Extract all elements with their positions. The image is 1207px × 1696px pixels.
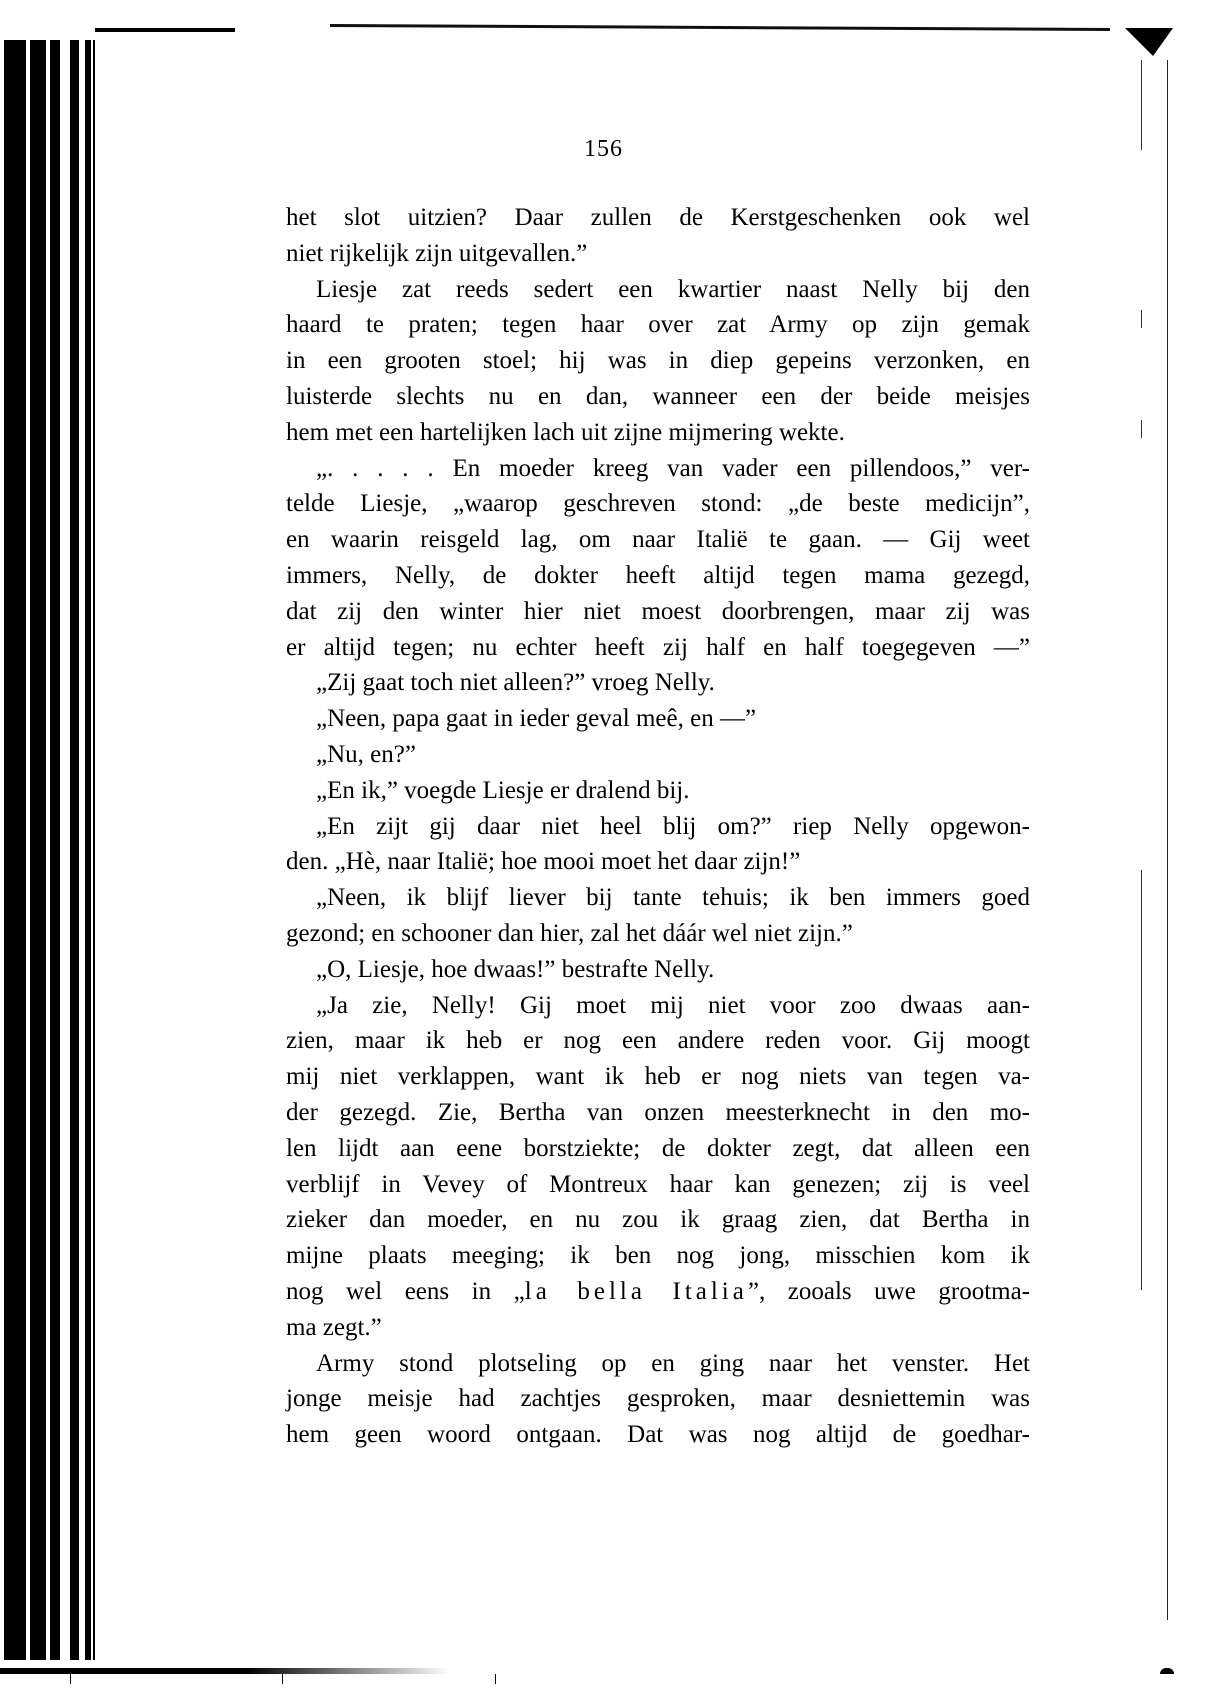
page-corner-bottom-right	[1160, 1668, 1174, 1674]
page-edge-mark	[1141, 420, 1142, 438]
text-line: haard te praten; tegen haar over zat Arm…	[286, 307, 1030, 343]
text-line: immers, Nelly, de dokter heeft altijd te…	[286, 558, 1030, 594]
text-line: ma zegt.”	[286, 1310, 1030, 1346]
page-corner-top-right	[1125, 28, 1173, 56]
body-text: het slot uitzien? Daar zullen de Kerstge…	[286, 200, 1030, 1453]
text-line: mijne plaats meeging; ik ben nog jong, m…	[286, 1238, 1030, 1274]
page-number: 156	[0, 136, 1207, 163]
text-line: telde Liesje, „waarop geschreven stond: …	[286, 486, 1030, 522]
page-edge-mark	[282, 1674, 283, 1684]
text-line: len lijdt aan eene borstziekte; de dokte…	[286, 1131, 1030, 1167]
text-line: jonge meisje had zachtjes gesproken, maa…	[286, 1381, 1030, 1417]
text-line: hem met een hartelijken lach uit zijne m…	[286, 415, 1030, 451]
page-edge-mark	[1141, 310, 1142, 328]
text-line: „Ja zie, Nelly! Gij moet mij niet voor z…	[286, 988, 1030, 1024]
text-line: „En ik,” voegde Liesje er dralend bij.	[286, 773, 1030, 809]
text-line: „Nu, en?”	[286, 737, 1030, 773]
text-line: Army stond plotseling op en ging naar he…	[286, 1346, 1030, 1382]
text-line: in een grooten stoel; hij was in diep ge…	[286, 343, 1030, 379]
text-line: gezond; en schooner dan hier, zal het dá…	[286, 916, 1030, 952]
text-line: het slot uitzien? Daar zullen de Kerstge…	[286, 200, 1030, 236]
text-line: niet rijkelijk zijn uitgevallen.”	[286, 236, 1030, 272]
text-line: „Zij gaat toch niet alleen?” vroeg Nelly…	[286, 665, 1030, 701]
text-line: nog wel eens in „la bella Italia”, zooal…	[286, 1274, 1030, 1310]
text-line: Liesje zat reeds sedert een kwartier naa…	[286, 272, 1030, 308]
text-line: en waarin reisgeld lag, om naar Italië t…	[286, 522, 1030, 558]
text-line: dat zij den winter hier niet moest doorb…	[286, 594, 1030, 630]
page-bottom-edge	[0, 1668, 450, 1674]
text-line: zieker dan moeder, en nu zou ik graag zi…	[286, 1202, 1030, 1238]
page-edge-mark	[495, 1674, 496, 1684]
text-line: hem geen woord ontgaan. Dat was nog alti…	[286, 1417, 1030, 1453]
text-line: luisterde slechts nu en dan, wanneer een…	[286, 379, 1030, 415]
text-line: er altijd tegen; nu echter heeft zij hal…	[286, 630, 1030, 666]
page-edge-mark	[1141, 870, 1142, 1290]
text-line: „En zijt gij daar niet heel blij om?” ri…	[286, 809, 1030, 845]
scanned-book-page: 156 het slot uitzien? Daar zullen de Ker…	[0, 0, 1207, 1696]
text-line: verblijf in Vevey of Montreux haar kan g…	[286, 1167, 1030, 1203]
text-line: „O, Liesje, hoe dwaas!” bestrafte Nelly.	[286, 952, 1030, 988]
page-edge-mark	[70, 1674, 71, 1684]
text-line: der gezegd. Zie, Bertha van onzen meeste…	[286, 1095, 1030, 1131]
text-line: zien, maar ik heb er nog een andere rede…	[286, 1023, 1030, 1059]
text-line: „. . . . . En moeder kreeg van vader een…	[286, 451, 1030, 487]
text-line: „Neen, papa gaat in ieder geval meê, en …	[286, 701, 1030, 737]
text-line: „Neen, ik blijf liever bij tante tehuis;…	[286, 880, 1030, 916]
page-top-edge	[95, 22, 1115, 34]
page-right-edge	[1167, 60, 1168, 1620]
text-line: den. „Hè, naar Italië; hoe mooi moet het…	[286, 844, 1030, 880]
text-line: mij niet verklappen, want ik heb er nog …	[286, 1059, 1030, 1095]
book-binding-edge	[0, 40, 100, 1660]
